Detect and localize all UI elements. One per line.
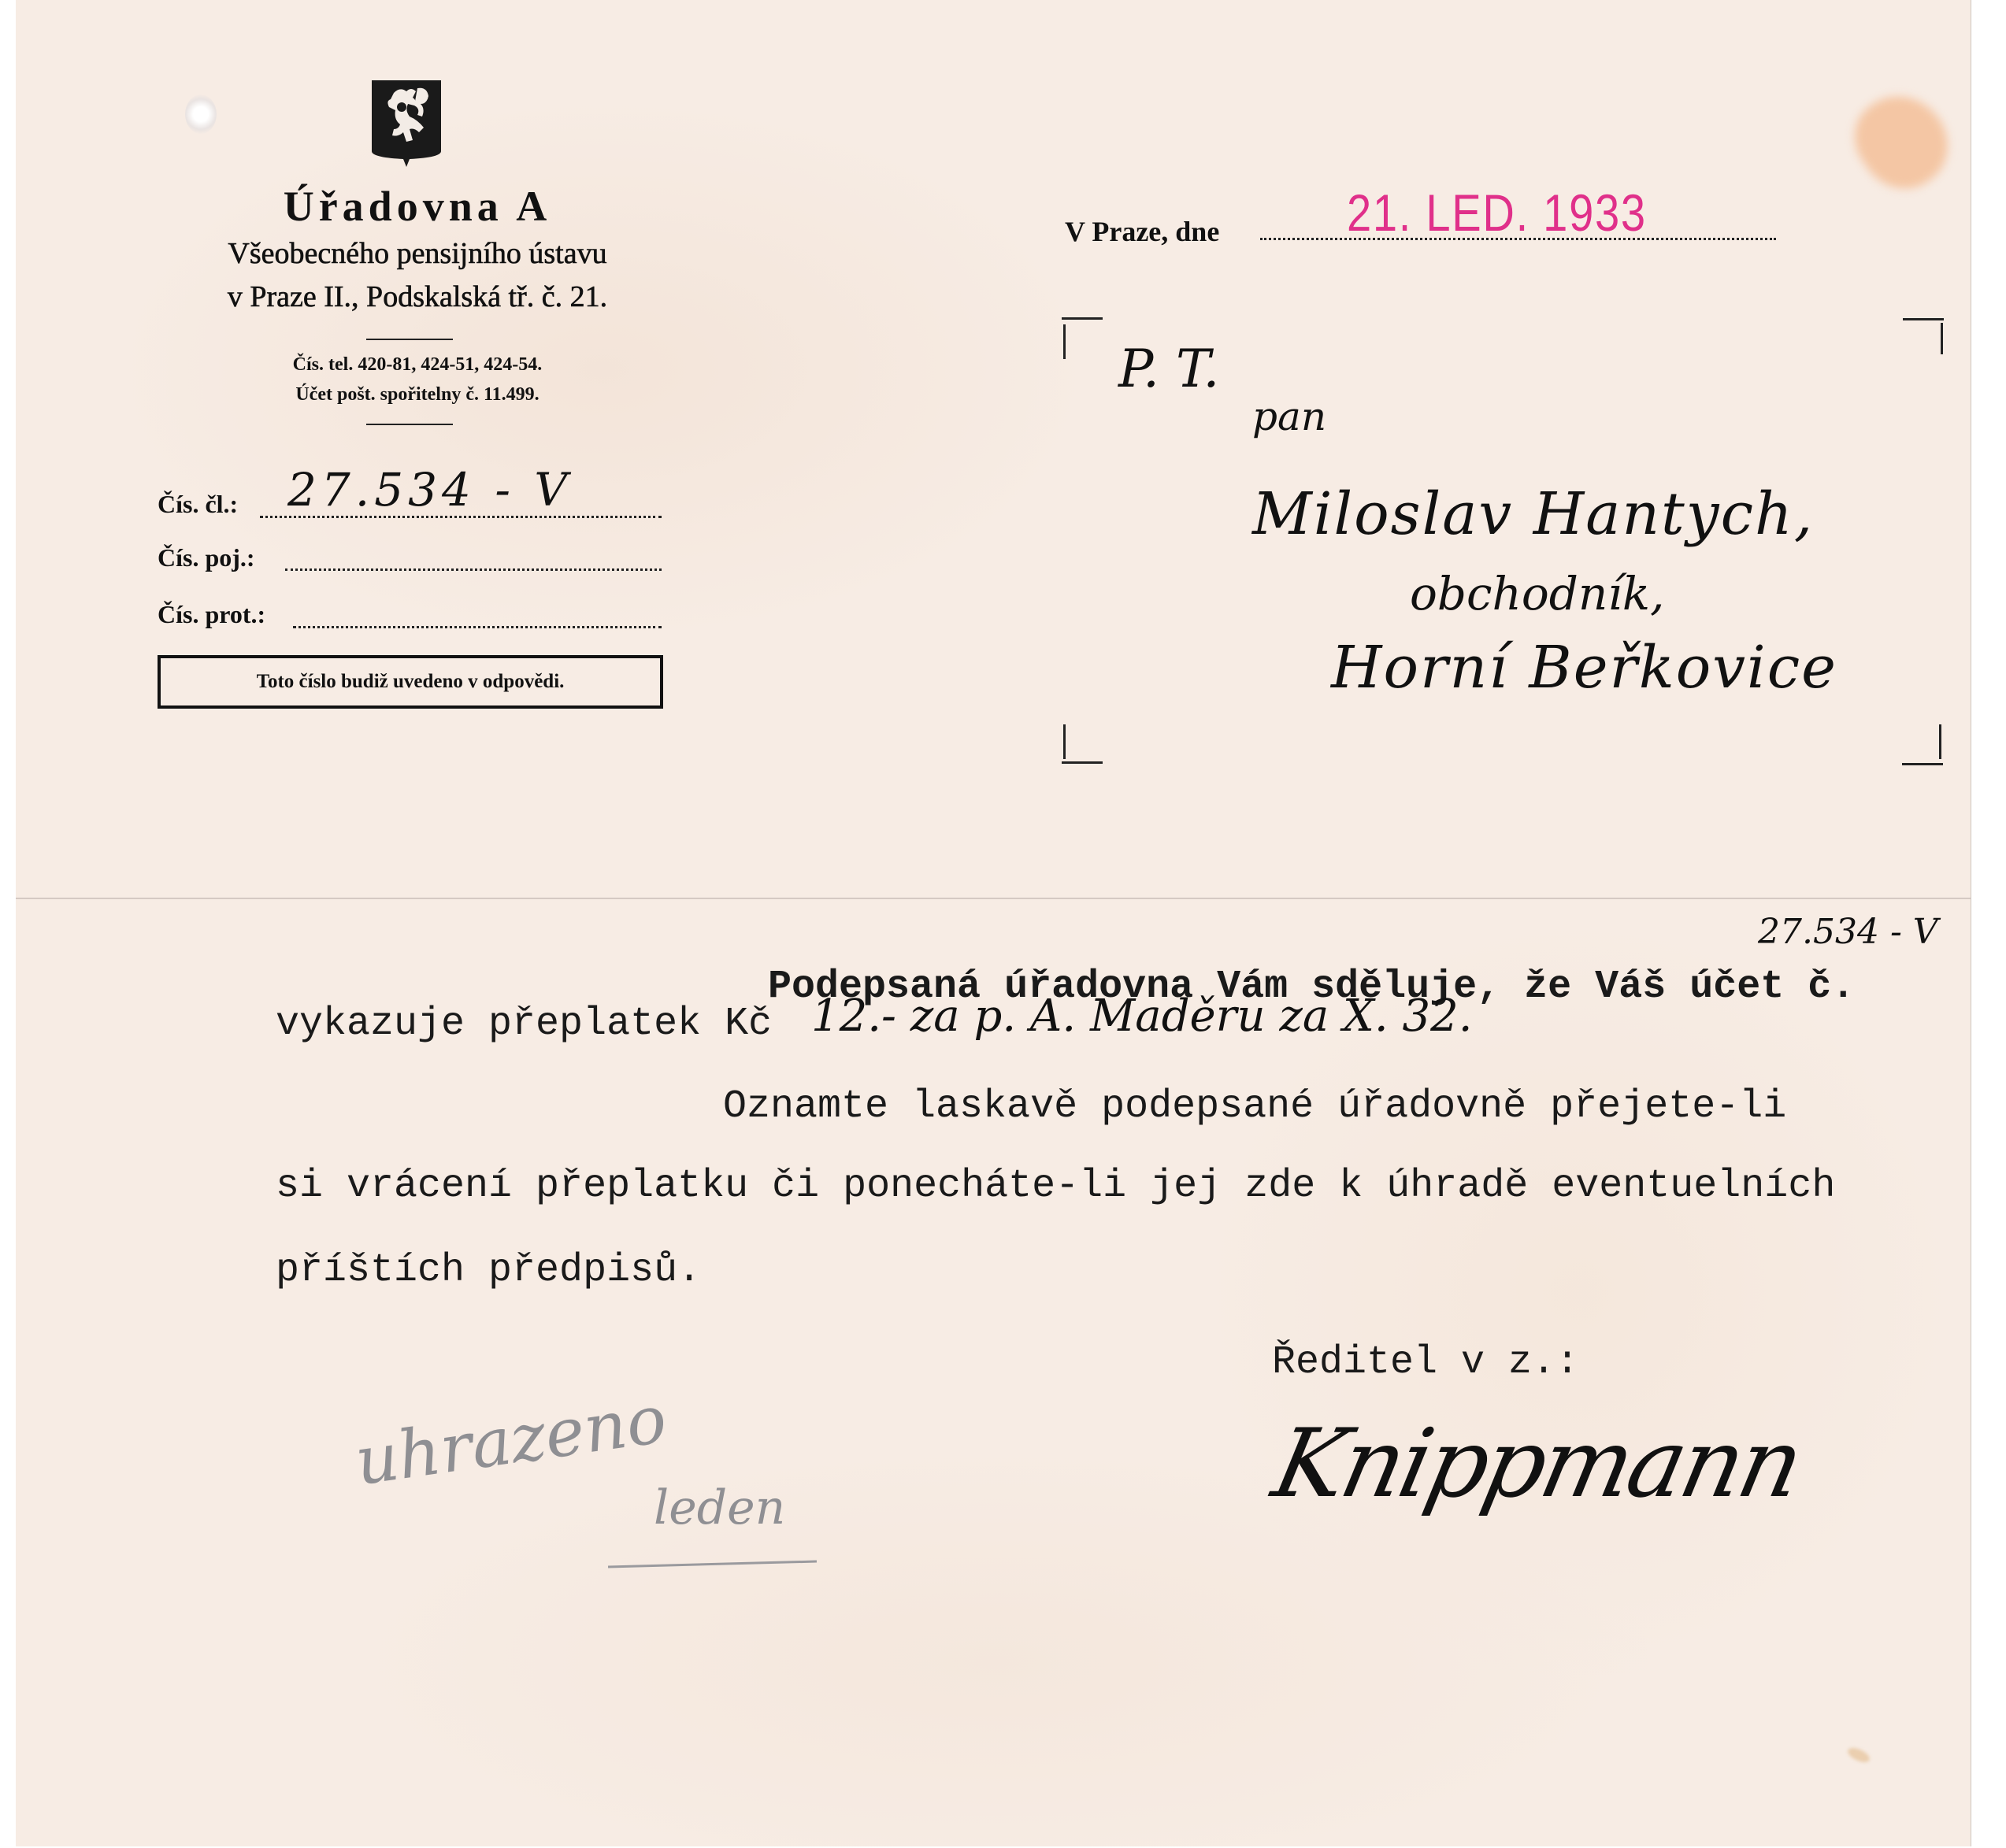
divider: [366, 339, 453, 340]
recipient-place: Horní Beřkovice: [1331, 634, 1837, 702]
corner-mark-bottom-right: [1939, 724, 1941, 759]
address-title: pan: [1252, 394, 1326, 439]
field-label-insurance-number: Čís. poj.:: [158, 543, 255, 572]
office-title: Úřadovna A: [142, 183, 693, 230]
field-label-protocol-number: Čís. prot.:: [158, 600, 265, 629]
lion-crest-icon: [370, 79, 443, 167]
body-line-2-handwritten: 12.- za p. A. Maděru za X. 32.: [811, 991, 1473, 1042]
phone-numbers: Čís. tel. 420-81, 424-51, 424-54.: [142, 353, 693, 376]
body-line-2-typed: vykazuje přeplatek Kč: [276, 1002, 772, 1046]
corner-mark-top-left: [1063, 324, 1066, 359]
corner-mark-bottom-right: [1902, 763, 1943, 765]
fold-crease: [16, 898, 1971, 899]
place-label: V Praze, dne: [1065, 215, 1219, 248]
date-stamp: 21. LED. 1933: [1347, 183, 1647, 243]
field-line-insurance-number[interactable]: [285, 568, 662, 571]
body-line-5: příštích předpisů.: [276, 1248, 701, 1293]
corner-mark-bottom-left: [1062, 761, 1103, 764]
corner-mark-top-right: [1903, 318, 1944, 320]
field-label-member-number: Čís. čl.:: [158, 490, 238, 519]
body-line-4: si vrácení přeplatku či ponecháte-li jej…: [276, 1164, 1835, 1209]
corner-mark-bottom-left: [1063, 724, 1066, 759]
field-value-member-number: 27.534 - V: [287, 463, 572, 517]
body-line-1-account-handwritten: 27.534 - V: [1758, 912, 1938, 952]
recipient-name: Miloslav Hantych,: [1252, 480, 1814, 548]
recipient-occupation: obchodník,: [1410, 567, 1664, 620]
address-salutation: P. T.: [1118, 339, 1219, 399]
institution-address: v Praze II., Podskalská tř. č. 21.: [142, 280, 693, 314]
field-line-protocol-number[interactable]: [293, 626, 662, 628]
director-signature: Knippmann: [1264, 1409, 1809, 1519]
corner-mark-top-left: [1062, 317, 1103, 320]
signatory-role: Ředitel v z.:: [1272, 1340, 1579, 1385]
corner-mark-top-right: [1941, 323, 1943, 354]
reply-notice-box: Toto číslo budiž uvedeno v odpovědi.: [158, 655, 663, 709]
institution-name: Všeobecného pensijního ústavu: [142, 236, 693, 271]
postal-account: Účet pošt. spořitelny č. 11.499.: [142, 383, 693, 406]
body-line-3: Oznamte laskavě podepsané úřadovně přeje…: [723, 1084, 1786, 1129]
pencil-note-month: leden: [654, 1480, 785, 1535]
punch-hole: [185, 94, 217, 134]
divider: [366, 424, 453, 425]
